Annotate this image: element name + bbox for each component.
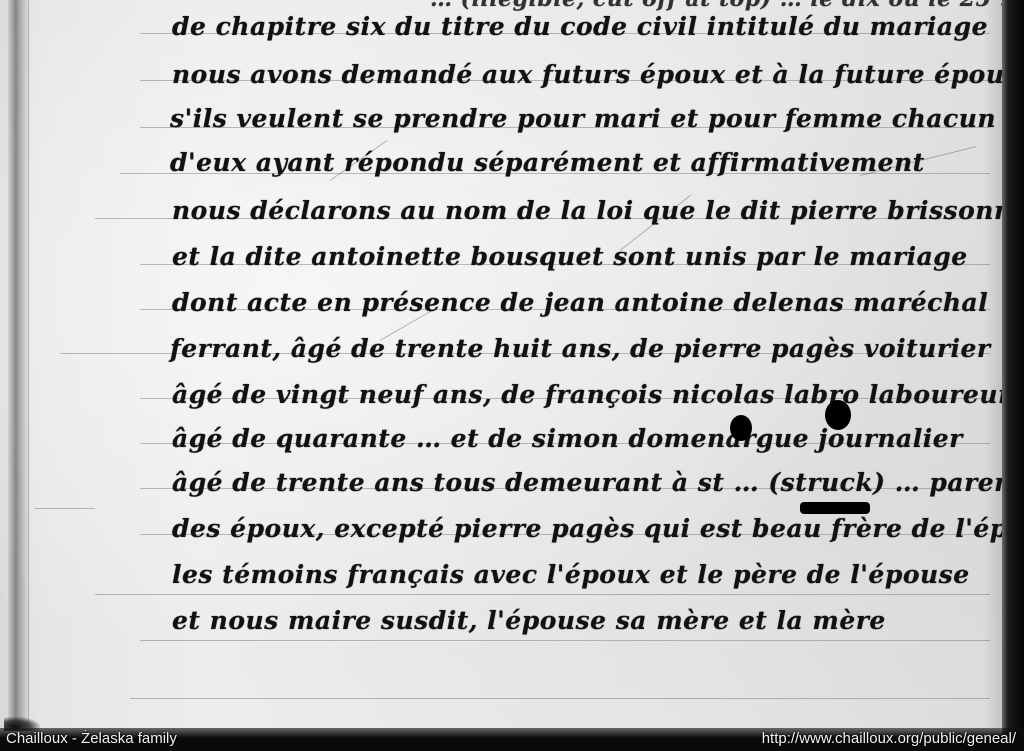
handwritten-line: et nous maire susdit, l'épouse sa mère e… [172, 606, 1012, 635]
handwritten-line: de chapitre six du titre du code civil i… [172, 12, 1012, 41]
document-viewer: … (illegible, cut off at top) … le dix o… [0, 0, 1024, 751]
ruled-line [130, 698, 990, 699]
right-page-edge [1002, 0, 1024, 751]
ink-blot [825, 400, 851, 430]
handwritten-line: les témoins français avec l'époux et le … [172, 560, 1012, 589]
page-binding-shadow [8, 0, 30, 728]
ink-blot-strikethrough [800, 502, 870, 514]
handwritten-line: âgé de trente ans tous demeurant à st … … [172, 468, 1012, 497]
handwritten-line: dont acte en présence de jean antoine de… [172, 288, 1012, 317]
handwritten-line: âgé de quarante … et de simon domenargue… [172, 424, 1012, 453]
handwritten-line: s'ils veulent se prendre pour mari et po… [170, 104, 1010, 133]
handwritten-line-partial: … (illegible, cut off at top) … le dix o… [430, 0, 1024, 12]
handwritten-line: ferrant, âgé de trente huit ans, de pier… [170, 334, 1010, 363]
ruled-line [140, 640, 990, 641]
left-margin-line [28, 0, 29, 728]
handwritten-line: d'eux ayant répondu séparément et affirm… [170, 148, 1010, 177]
caption-bar: Chailloux - Żelaska family http://www.ch… [0, 728, 1024, 751]
ruled-line [95, 594, 990, 595]
ruled-line [35, 508, 95, 509]
source-url-caption: http://www.chailloux.org/public/geneal/ [762, 730, 1016, 747]
handwritten-line: nous avons demandé aux futurs époux et à… [172, 60, 1012, 89]
handwritten-line: nous déclarons au nom de la loi que le d… [172, 196, 1012, 225]
family-caption: Chailloux - Żelaska family [6, 730, 177, 747]
handwritten-line: des époux, excepté pierre pagès qui est … [172, 514, 1012, 543]
ink-blot [730, 415, 752, 441]
handwritten-line: âgé de vingt neuf ans, de françois nicol… [172, 380, 1012, 409]
handwritten-line: et la dite antoinette bousquet sont unis… [172, 242, 1012, 271]
